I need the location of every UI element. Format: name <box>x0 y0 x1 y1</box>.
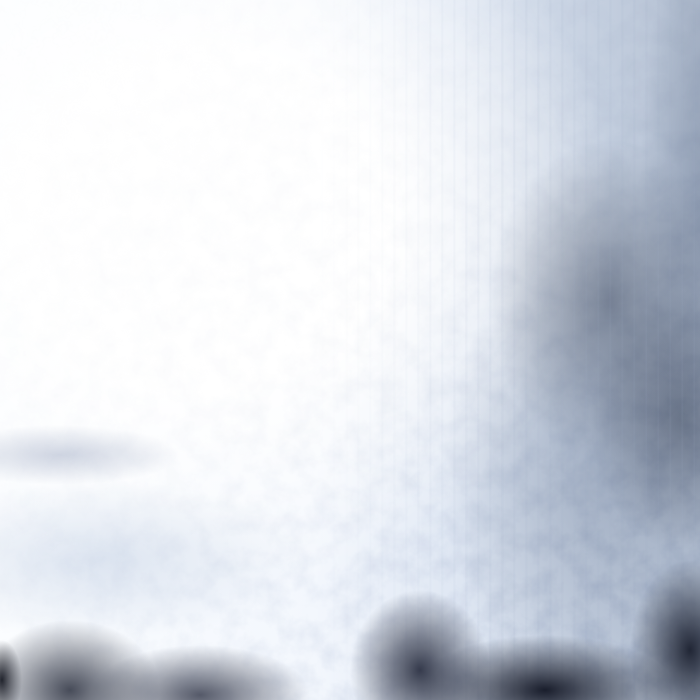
bottom-dark-blotches <box>0 0 700 700</box>
texture-canvas <box>0 0 700 700</box>
